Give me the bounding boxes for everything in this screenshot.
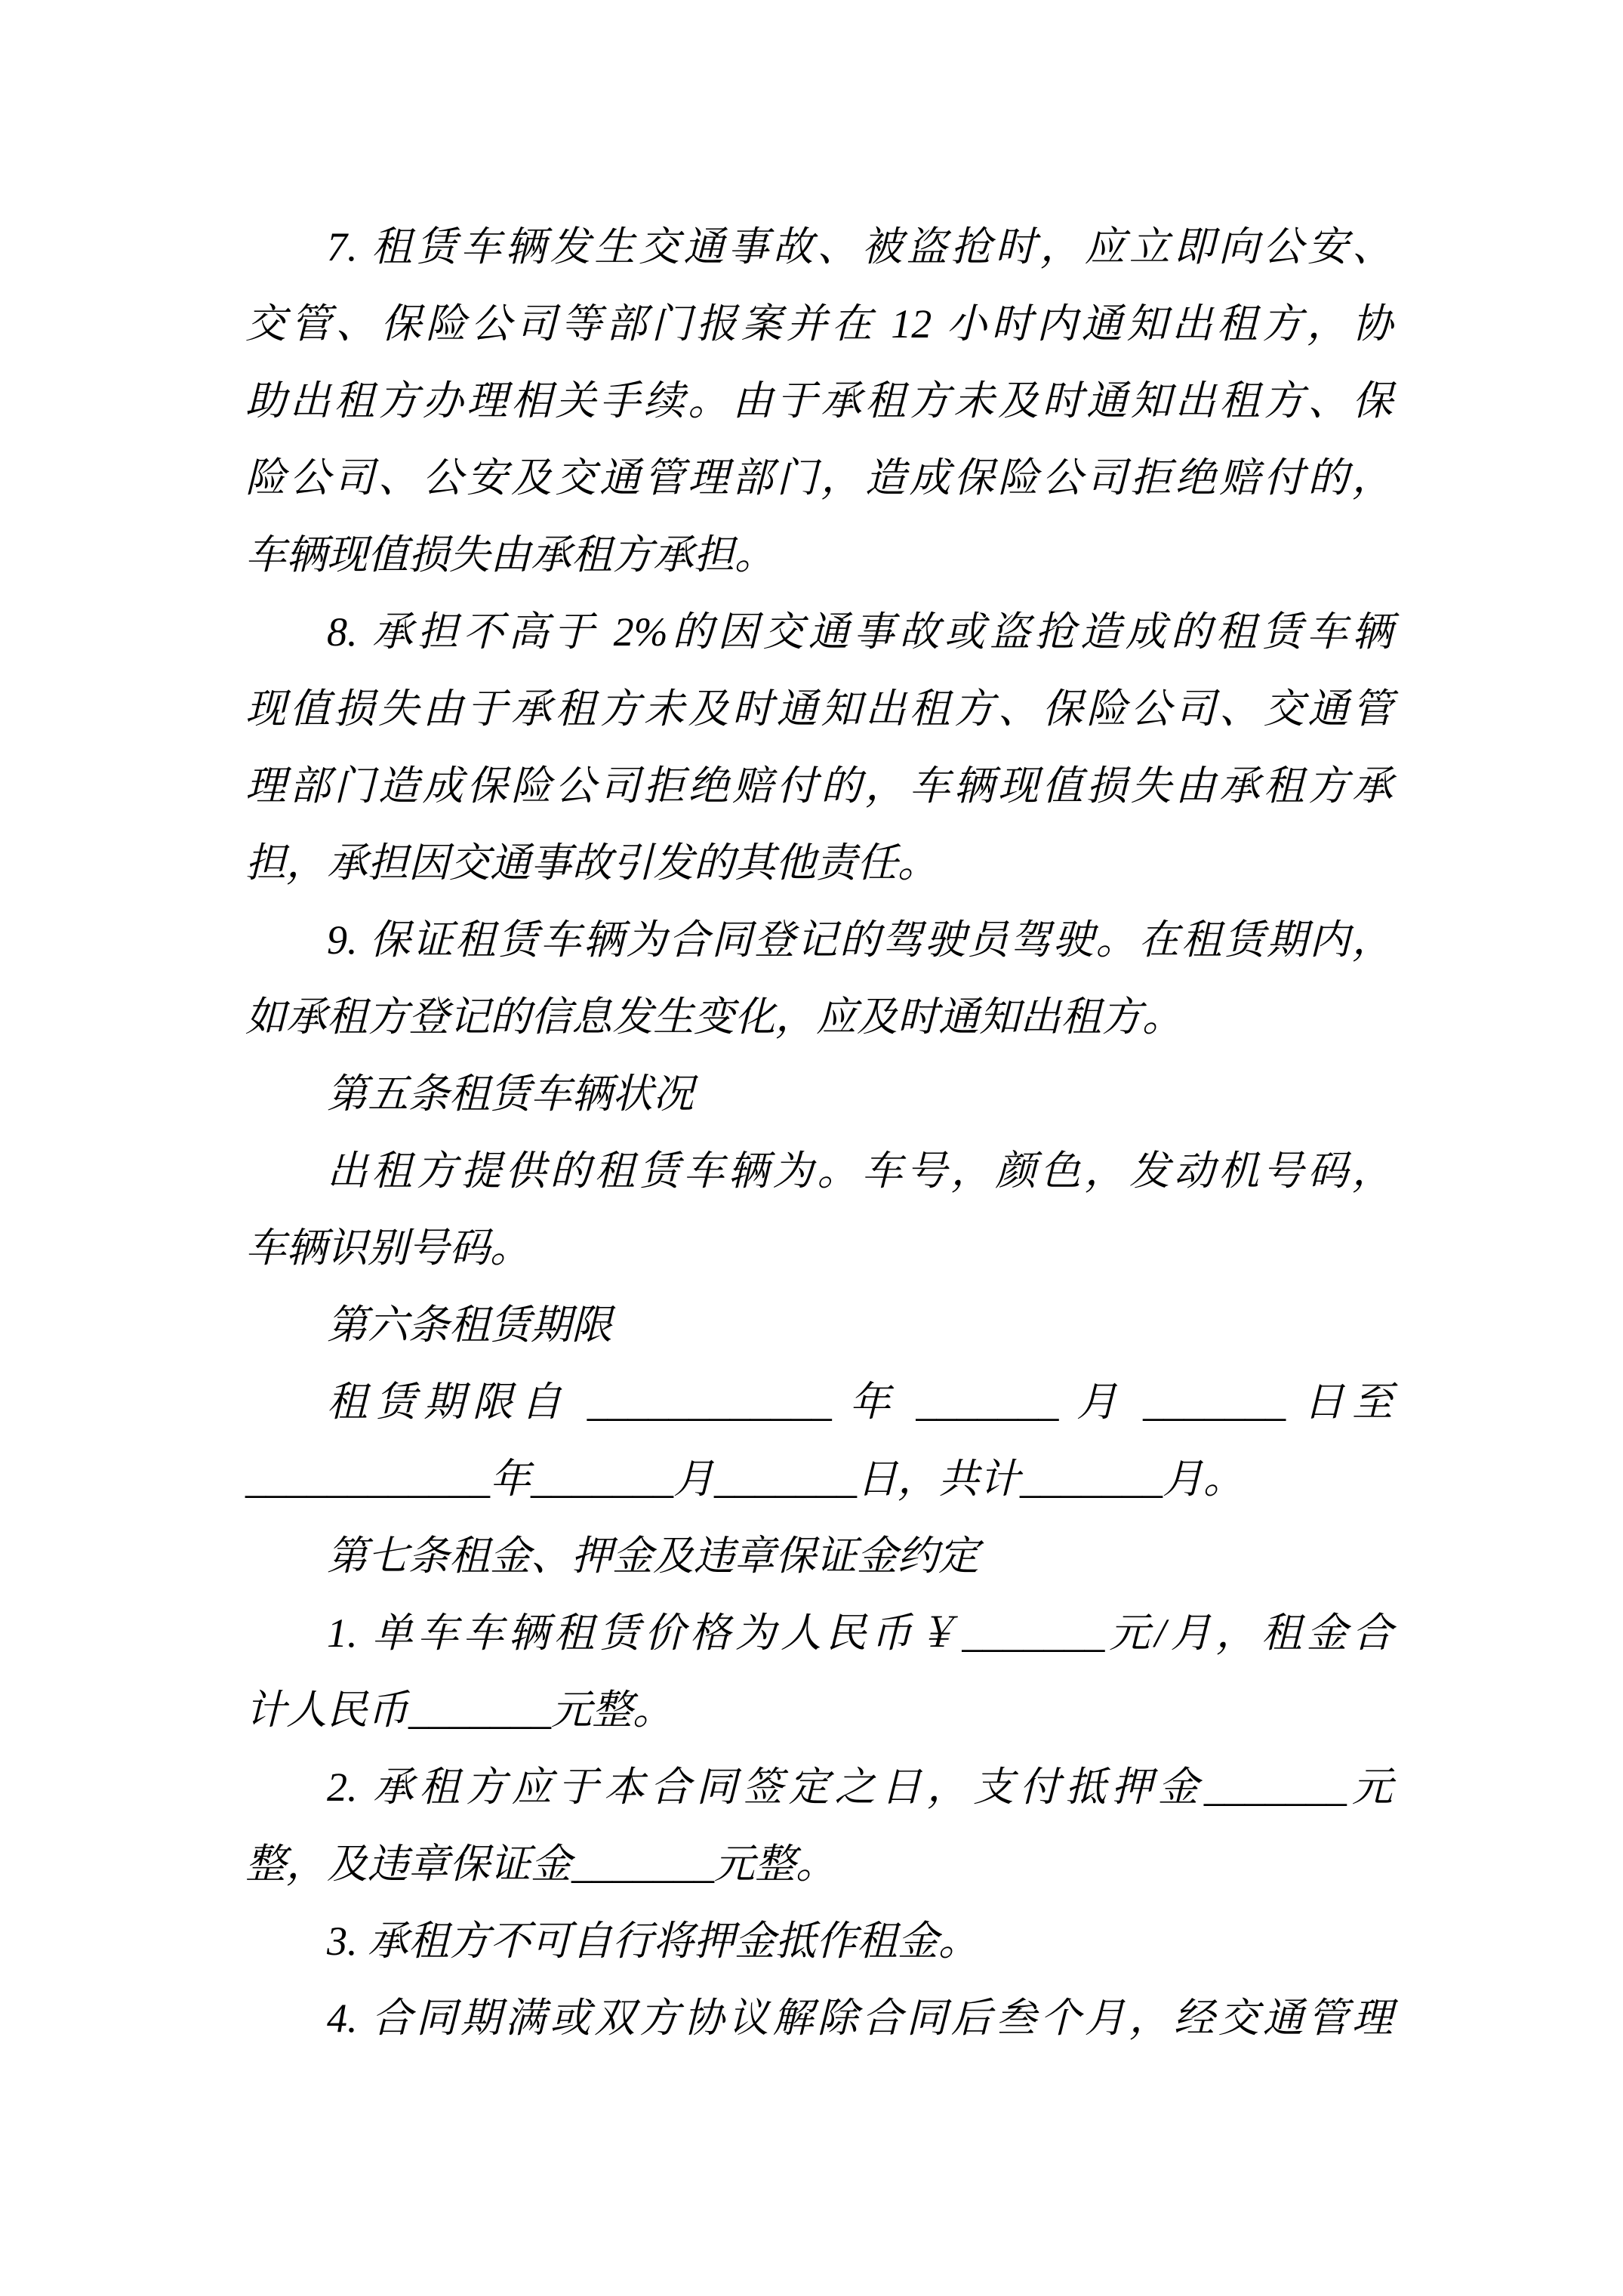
contract-line: 4. 合同期满或双方协议解除合同后叁个月，经交通管理 <box>245 1980 1393 2057</box>
contract-line: 3. 承租方不可自行将押金抵作租金。 <box>245 1903 1393 1980</box>
contract-text: 7. 租赁车辆发生交通事故、被盗抢时，应立即向公安、交管、保险公司等部门报案并在… <box>245 208 1393 2057</box>
document-page: 7. 租赁车辆发生交通事故、被盗抢时，应立即向公安、交管、保险公司等部门报案并在… <box>0 0 1623 2296</box>
contract-line: 整，及违章保证金_______元整。 <box>245 1826 1393 1903</box>
contract-line: 第六条租赁期限 <box>245 1287 1393 1364</box>
contract-line: 险公司、公安及交通管理部门，造成保险公司拒绝赔付的， <box>245 439 1393 516</box>
contract-line: 第五条租赁车辆状况 <box>245 1056 1393 1133</box>
contract-line: 现值损失由于承租方未及时通知出租方、保险公司、交通管 <box>245 670 1393 747</box>
contract-line: 出租方提供的租赁车辆为。车号，颜色，发动机号码， <box>245 1133 1393 1210</box>
contract-line: ____________年_______月_______日，共计_______月… <box>245 1441 1393 1518</box>
contract-line: 第七条租金、押金及违章保证金约定 <box>245 1518 1393 1595</box>
contract-line: 租赁期限自 ____________ 年 _______ 月 _______ 日… <box>245 1364 1393 1441</box>
contract-line: 1. 单车车辆租赁价格为人民币￥_______元/月，租金合 <box>245 1595 1393 1672</box>
contract-line: 交管、保险公司等部门报案并在 12 小时内通知出租方，协 <box>245 285 1393 362</box>
contract-line: 7. 租赁车辆发生交通事故、被盗抢时，应立即向公安、 <box>245 208 1393 285</box>
contract-line: 9. 保证租赁车辆为合同登记的驾驶员驾驶。在租赁期内， <box>245 901 1393 978</box>
contract-line: 理部门造成保险公司拒绝赔付的，车辆现值损失由承租方承 <box>245 747 1393 824</box>
contract-line: 车辆识别号码。 <box>245 1210 1393 1287</box>
contract-line: 助出租方办理相关手续。由于承租方未及时通知出租方、保 <box>245 362 1393 439</box>
contract-line: 担，承担因交通事故引发的其他责任。 <box>245 824 1393 901</box>
contract-line: 2. 承租方应于本合同签定之日，支付抵押金_______元 <box>245 1749 1393 1826</box>
contract-line: 8. 承担不高于 2%的因交通事故或盗抢造成的租赁车辆 <box>245 593 1393 670</box>
contract-line: 如承租方登记的信息发生变化，应及时通知出租方。 <box>245 978 1393 1056</box>
contract-line: 计人民币_______元整。 <box>245 1672 1393 1749</box>
contract-line: 车辆现值损失由承租方承担。 <box>245 516 1393 593</box>
